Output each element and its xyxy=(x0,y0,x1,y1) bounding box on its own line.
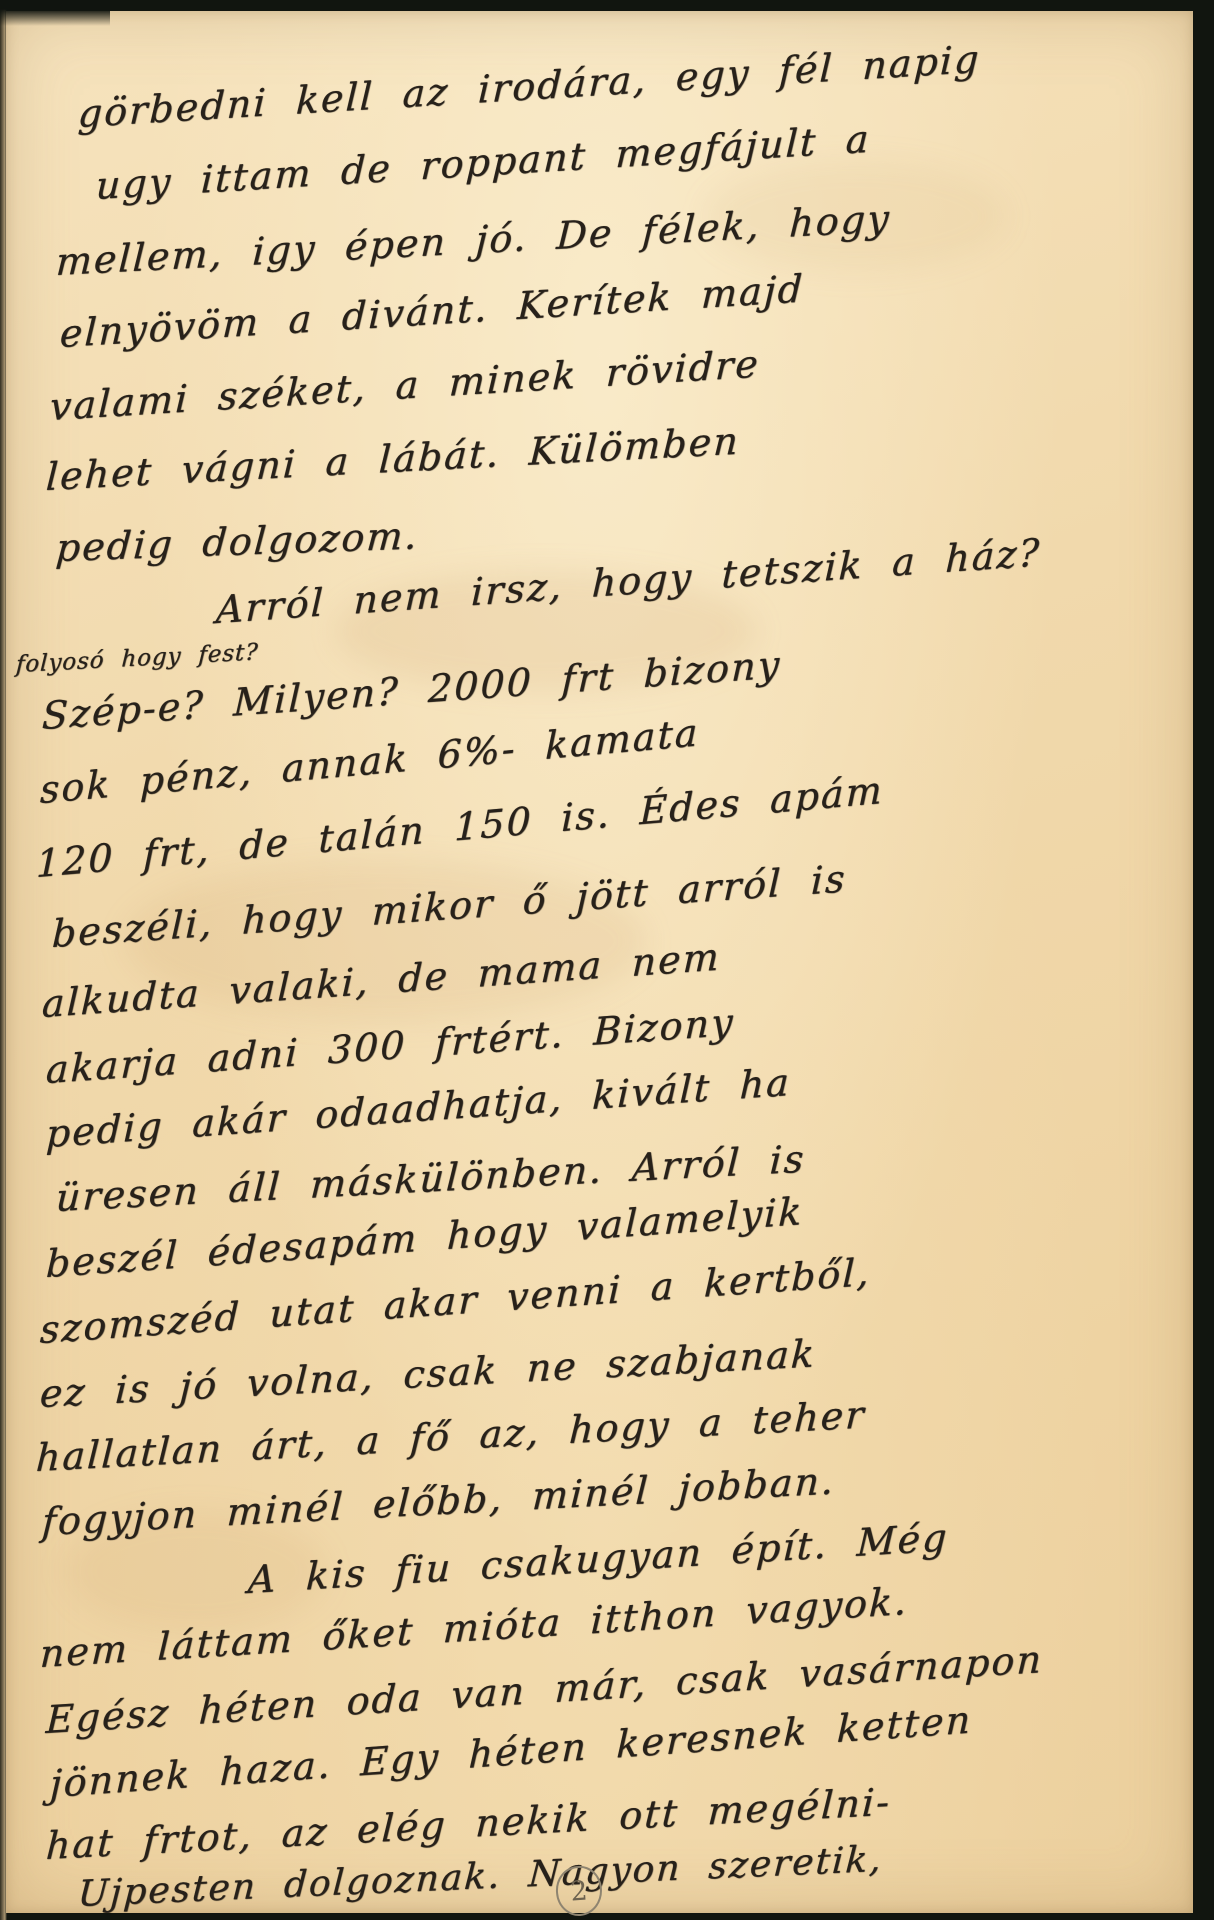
handwriting-text: görbedni kell az irodára, egy fél napig … xyxy=(0,0,1214,1920)
handwriting-line: valami széket, a minek rövidre xyxy=(49,341,761,429)
handwriting-line: ugy ittam de roppant megfájult a xyxy=(95,117,871,209)
scanned-letter-page: görbedni kell az irodára, egy fél napig … xyxy=(0,0,1214,1920)
handwriting-line: elnyövöm a divánt. Kerítek majd xyxy=(59,266,805,356)
page-number: 2 xyxy=(569,1875,588,1907)
handwriting-interline-note: folyosó hogy fest? xyxy=(15,639,259,678)
handwriting-line: lehet vágni a lábát. Külömben xyxy=(45,419,741,500)
handwriting-line: pedig dolgozom. xyxy=(54,513,420,570)
